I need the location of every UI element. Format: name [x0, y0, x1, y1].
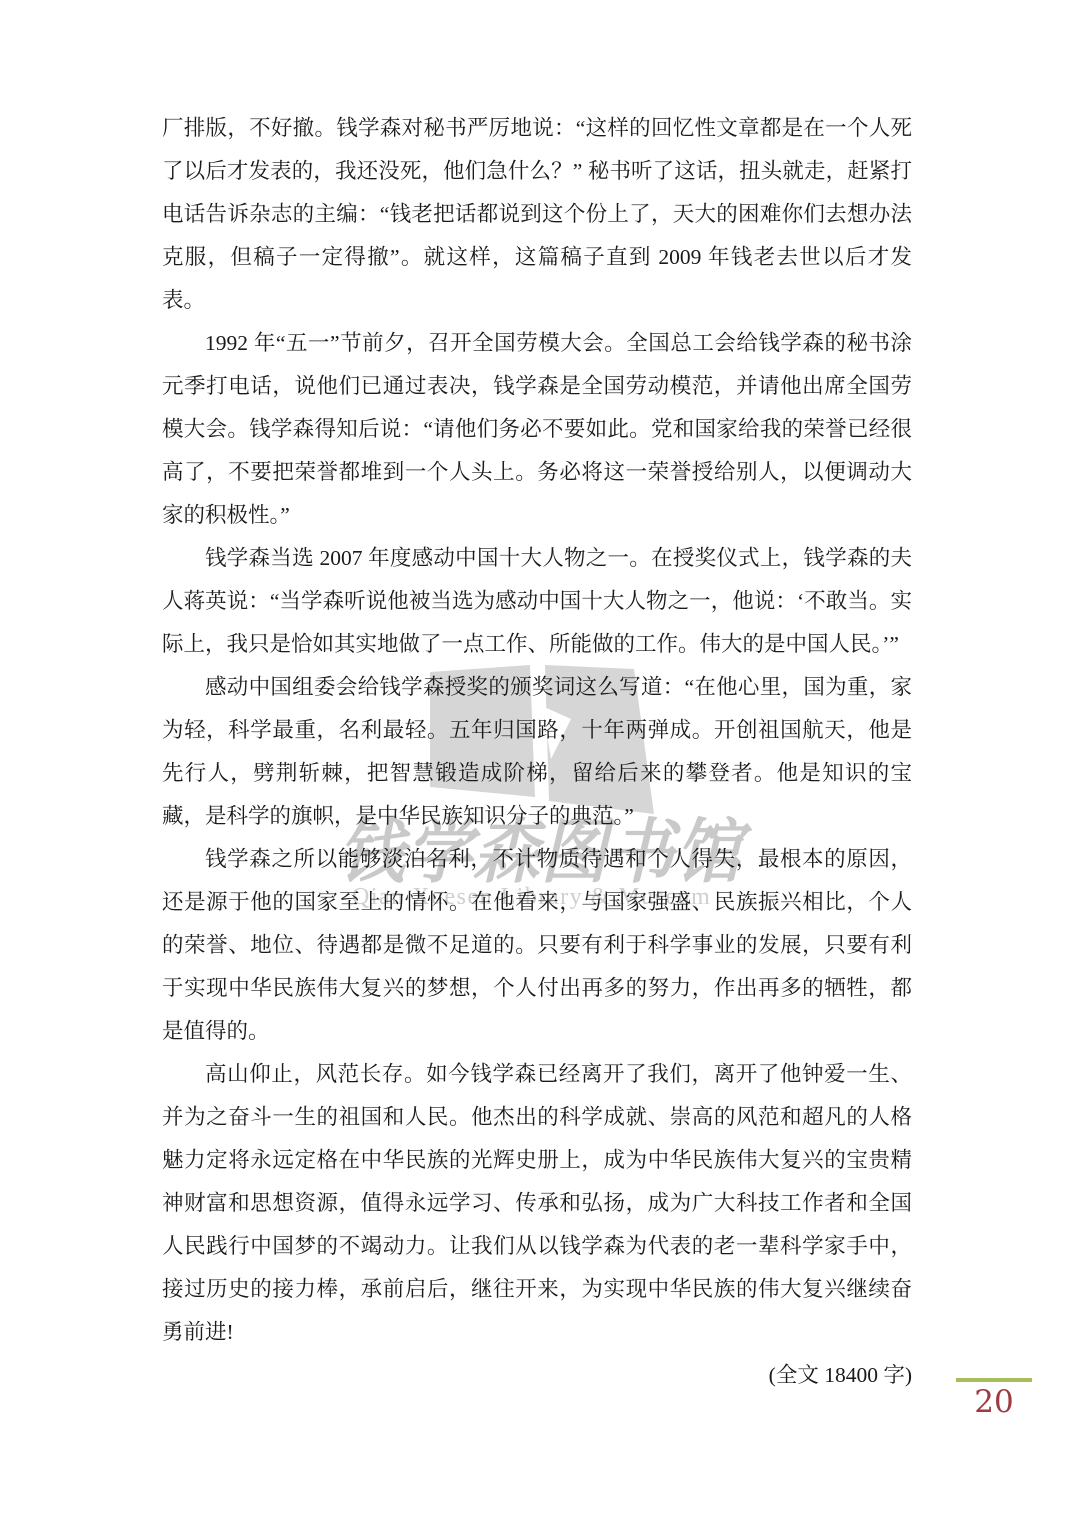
paragraph-1: 厂排版，不好撤。钱学森对秘书严厉地说：“这样的回忆性文章都是在一个人死了以后才发…: [162, 107, 912, 322]
paragraph-4: 感动中国组委会给钱学森授奖的颁奖词这么写道：“在他心里，国为重，家为轻，科学最重…: [162, 666, 912, 838]
word-count-note: (全文 18400 字): [162, 1354, 912, 1397]
body-text: 厂排版，不好撤。钱学森对秘书严厉地说：“这样的回忆性文章都是在一个人死了以后才发…: [162, 107, 912, 1397]
document-page: 钱学森图书馆 Qian Xuesen Library & Museum 厂排版，…: [0, 0, 1074, 1520]
footer-rule: [956, 1378, 1032, 1382]
page-number: 20: [951, 1384, 1037, 1420]
paragraph-3: 钱学森当选 2007 年度感动中国十大人物之一。在授奖仪式上，钱学森的夫人蒋英说…: [162, 537, 912, 666]
paragraph-5: 钱学森之所以能够淡泊名利，不计物质待遇和个人得失，最根本的原因，还是源于他的国家…: [162, 838, 912, 1053]
paragraph-2: 1992 年“五一”节前夕，召开全国劳模大会。全国总工会给钱学森的秘书涂元季打电…: [162, 322, 912, 537]
paragraph-6: 高山仰止，风范长存。如今钱学森已经离开了我们，离开了他钟爱一生、并为之奋斗一生的…: [162, 1053, 912, 1354]
